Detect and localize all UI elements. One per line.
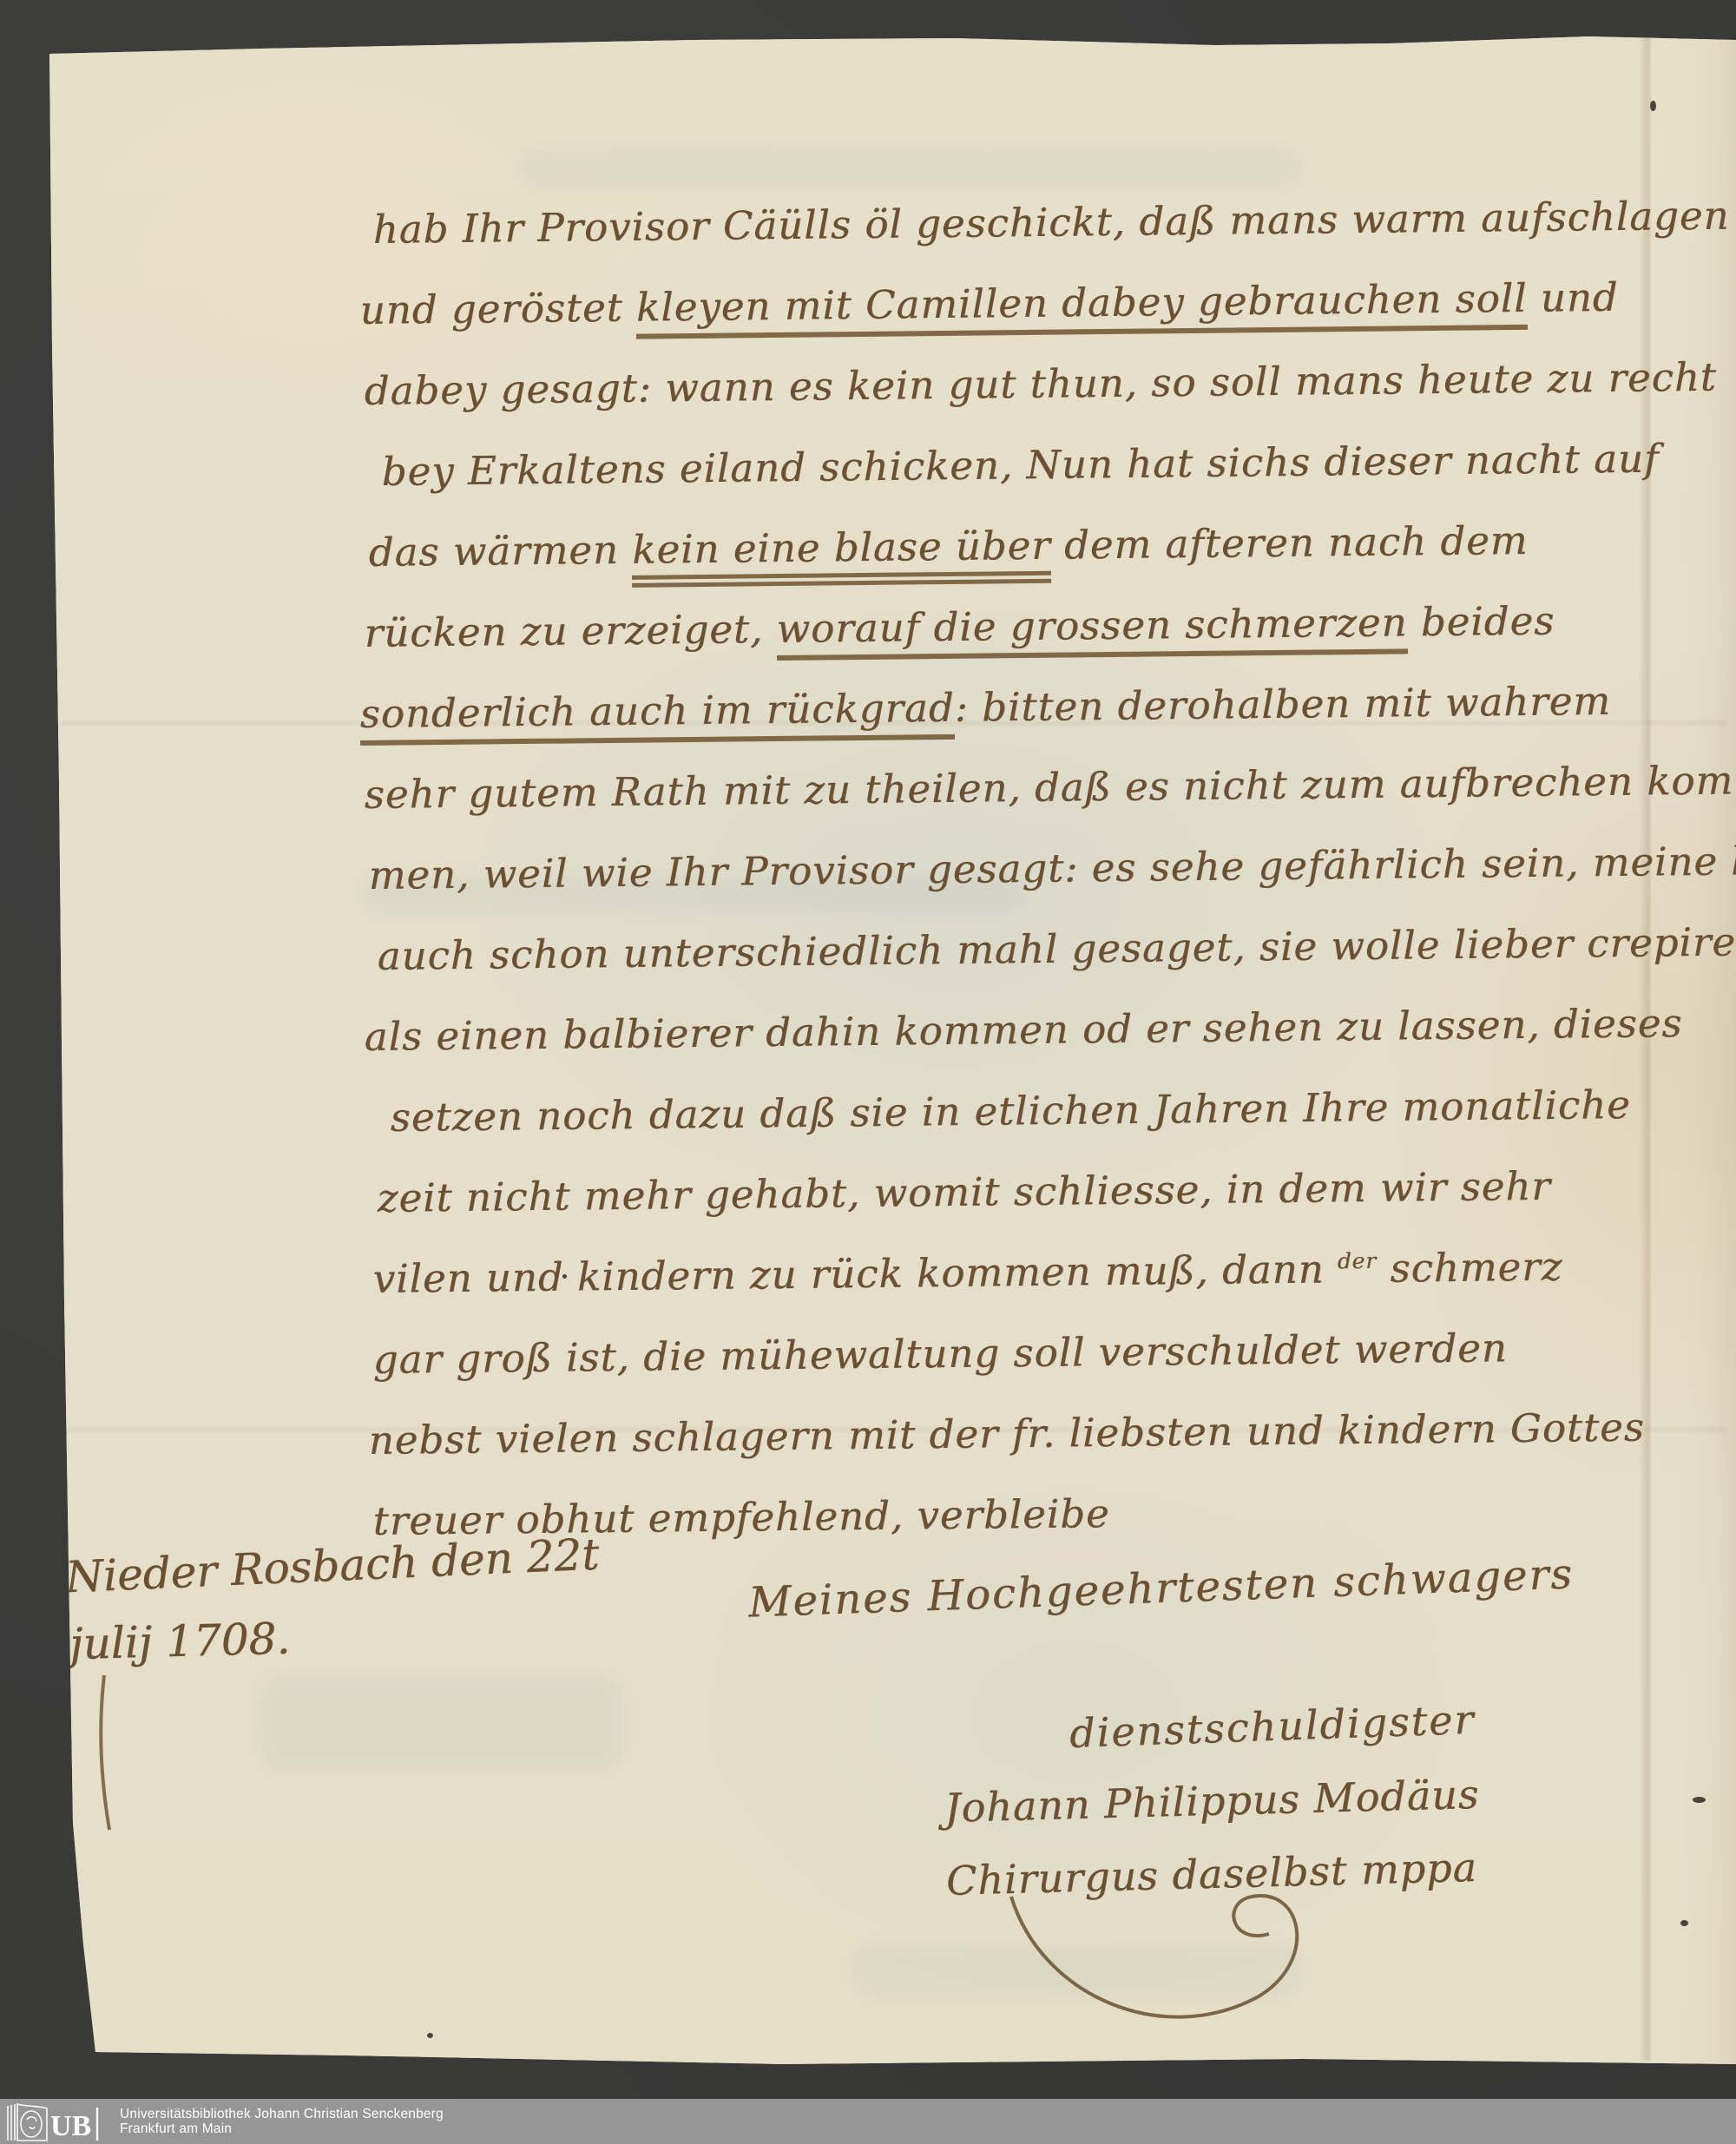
manuscript-text: dabey gesagt: wann es kein gut thun, so … — [364, 354, 1717, 414]
manuscript-text: das wärmen — [368, 527, 632, 575]
manuscript-line: das wärmen kein eine blase über dem afte… — [368, 517, 1528, 575]
manuscript-text: gar groß ist, die mühewaltung soll versc… — [372, 1325, 1508, 1383]
dateline-place: Nieder Rosbach den 22t — [64, 1529, 600, 1603]
manuscript-line: hab Ihr Provisor Cäülls öl geschickt, da… — [372, 193, 1729, 253]
manuscript-line: bey Erkaltens eiland schicken, Nun hat s… — [381, 436, 1659, 495]
manuscript-text: dem afteren nach dem — [1050, 517, 1528, 569]
manuscript-text: rücken zu erzeiget, — [364, 606, 776, 656]
manuscript-text: : bitten derohalben mit wahrem — [954, 678, 1611, 731]
manuscript-line: als einen balbierer dahin kommen od er s… — [364, 1000, 1682, 1060]
manuscript-text: schmerz — [1377, 1244, 1563, 1292]
ink-speck — [1680, 1920, 1688, 1926]
ink-bleedthrough — [260, 1675, 625, 1771]
manuscript-text: hab Ihr Provisor Cäülls öl geschickt, da… — [372, 193, 1729, 253]
library-name: Universitätsbibliothek Johann Christian … — [120, 2107, 444, 2121]
manuscript-line: vilen und kindern zu rück kommen muß, da… — [372, 1244, 1562, 1302]
ink-speck — [1693, 1797, 1706, 1803]
ink-speck — [1650, 101, 1656, 111]
ub-logo-text: UB — [50, 2110, 91, 2142]
manuscript-text: nebst vielen schlagern mit der fr. liebs… — [368, 1404, 1645, 1463]
manuscript-line: auch schon unterschiedlich mahl gesaget,… — [377, 918, 1736, 979]
manuscript-text: als einen balbierer dahin kommen od er s… — [364, 1000, 1682, 1060]
manuscript-line: rücken zu erzeiget, worauf die grossen s… — [364, 598, 1555, 656]
manuscript-text: der — [1338, 1248, 1378, 1273]
manuscript-text: sehr gutem Rath mit zu theilen, daß es n… — [364, 757, 1733, 818]
dateline-date: julij 1708. — [69, 1614, 291, 1670]
ink-bleedthrough — [521, 148, 1302, 187]
underlined-phrase: worauf die grossen schmerzen — [776, 599, 1408, 661]
manuscript-text: und geröstet — [359, 285, 636, 333]
manuscript-text: men, weil wie Ihr Provisor gesagt: es se… — [368, 837, 1736, 898]
underlined-phrase: kleyen mit Camillen dabey gebrauchen sol… — [636, 275, 1528, 339]
valediction-line: Meines Hochgeehrtesten schwagers — [747, 1549, 1574, 1627]
manuscript-line: men, weil wie Ihr Provisor gesagt: es se… — [368, 837, 1736, 898]
manuscript-text: bey Erkaltens eiland schicken, Nun hat s… — [381, 436, 1659, 495]
ink-bleedthrough — [851, 1944, 1302, 1996]
manuscript-line: setzen noch dazu daß sie in etlichen Jah… — [390, 1082, 1631, 1141]
manuscript-line: nebst vielen schlagern mit der fr. liebs… — [368, 1404, 1645, 1463]
ub-library-logo-icon: UB — [5, 2101, 102, 2142]
signature-line-3: Chirurgus daselbst mppa — [945, 1844, 1477, 1904]
manuscript-line: gar groß ist, die mühewaltung soll versc… — [372, 1325, 1508, 1383]
manuscript-line: sonderlich auch im rückgrad: bitten dero… — [359, 678, 1611, 737]
manuscript-text: beides — [1407, 598, 1555, 646]
manuscript-paper: hab Ihr Provisor Cäülls öl geschickt, da… — [0, 0, 1736, 2144]
signature-line-2: Johann Philippus Modäus — [944, 1771, 1480, 1832]
manuscript-line: und geröstet kleyen mit Camillen dabey g… — [359, 274, 1618, 333]
manuscript-line: zeit nicht mehr gehabt, womit schliesse,… — [377, 1163, 1551, 1221]
manuscript-text: und — [1527, 274, 1619, 321]
manuscript-line: sehr gutem Rath mit zu theilen, daß es n… — [364, 757, 1733, 818]
vertical-fold-crease — [1639, 38, 1658, 2061]
manuscript-text: setzen noch dazu daß sie in etlichen Jah… — [390, 1082, 1631, 1141]
library-watermark-bar: UB Universitätsbibliothek Johann Christi… — [0, 2099, 1736, 2144]
ink-speck — [427, 2033, 433, 2038]
manuscript-line: dabey gesagt: wann es kein gut thun, so … — [364, 354, 1717, 414]
signature-line-1: dienstschuldigster — [1069, 1696, 1476, 1757]
library-city: Frankfurt am Main — [120, 2121, 444, 2136]
manuscript-text: vilen und kindern zu rück kommen muß, da… — [372, 1246, 1338, 1302]
underlined-phrase: kein eine blase über — [632, 523, 1051, 588]
underlined-phrase: sonderlich auch im rückgrad — [359, 685, 955, 746]
manuscript-text: zeit nicht mehr gehabt, womit schliesse,… — [377, 1163, 1551, 1221]
manuscript-text: auch schon unterschiedlich mahl gesaget,… — [377, 918, 1736, 979]
